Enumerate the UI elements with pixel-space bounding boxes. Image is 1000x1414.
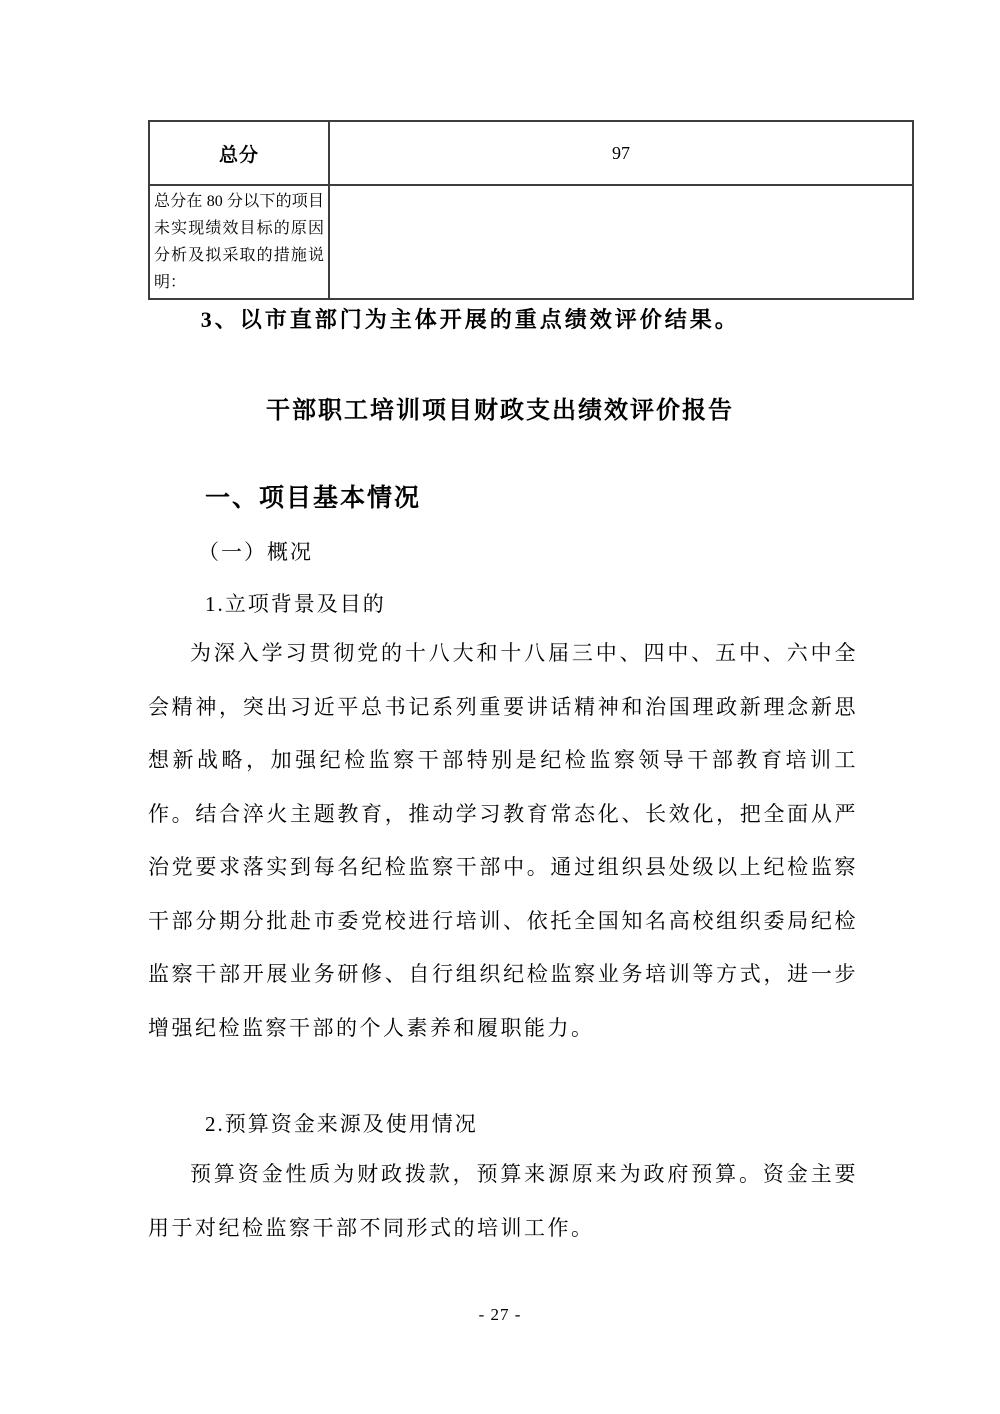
table-row-total-score: 总分 97: [149, 121, 913, 185]
report-title: 干部职工培训项目财政支出绩效评价报告: [0, 390, 1000, 425]
reason-value-cell: [329, 185, 913, 299]
document-page: 总分 97 总分在 80 分以下的项目未实现绩效目标的原因分析及拟采取的措施说明…: [0, 0, 1000, 1414]
overview-subheading: （一）概况: [198, 536, 313, 566]
total-score-label-cell: 总分: [149, 121, 329, 185]
total-score-value-cell: 97: [329, 121, 913, 185]
score-table: 总分 97 总分在 80 分以下的项目未实现绩效目标的原因分析及拟采取的措施说明…: [148, 120, 914, 300]
budget-paragraph: 预算资金性质为财政拨款，预算来源原来为政府预算。资金主要用于对纪检监察干部不同形…: [148, 1148, 858, 1255]
section-1-heading: 一、项目基本情况: [205, 478, 421, 514]
background-paragraph: 为深入学习贯彻党的十八大和十八届三中、四中、五中、六中全会精神，突出习近平总书记…: [148, 627, 858, 1055]
table-row-reason: 总分在 80 分以下的项目未实现绩效目标的原因分析及拟采取的措施说明：: [149, 185, 913, 299]
section-3-heading: 3、以市直部门为主体开展的重点绩效评价结果。: [148, 303, 858, 337]
page-number: - 27 -: [0, 1305, 1000, 1325]
budget-subheading: 2.预算资金来源及使用情况: [205, 1108, 478, 1138]
background-subheading: 1.立项背景及目的: [205, 588, 386, 618]
reason-label-cell: 总分在 80 分以下的项目未实现绩效目标的原因分析及拟采取的措施说明：: [149, 185, 329, 299]
